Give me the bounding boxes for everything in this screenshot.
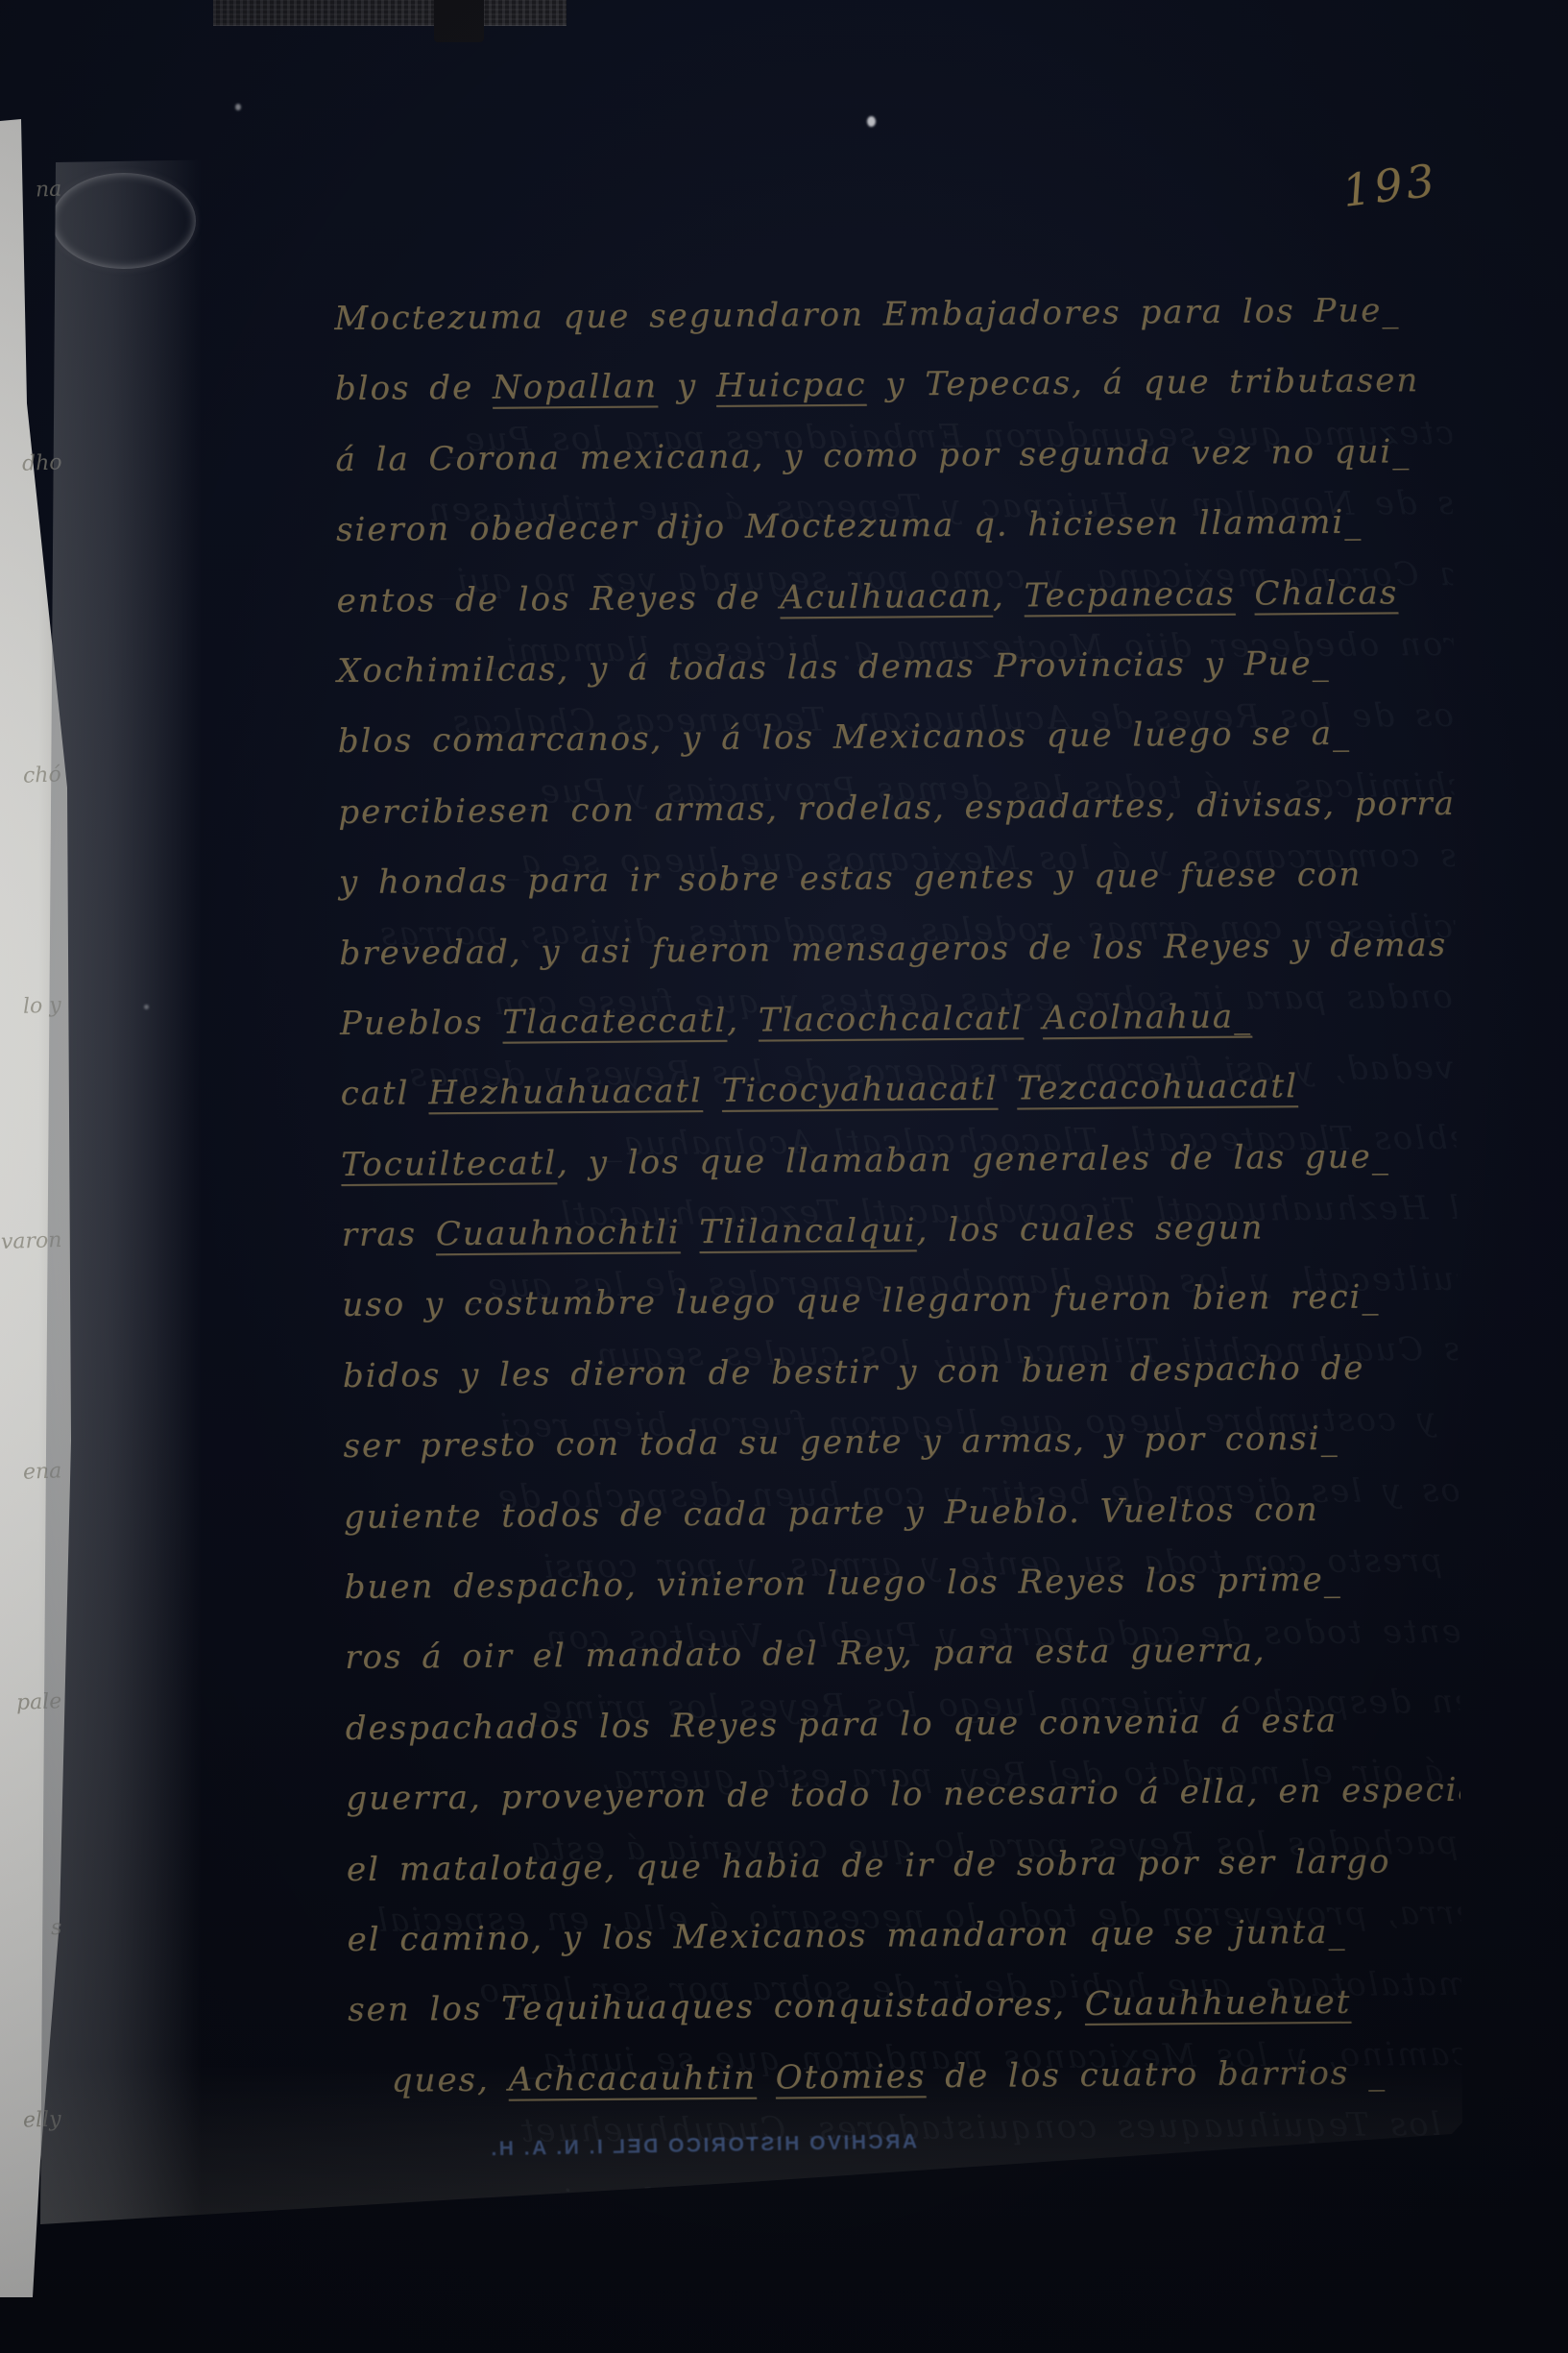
text-segment: Pueblos [340, 1004, 503, 1043]
text-line: percibiesen con armas, rodelas, espadart… [338, 768, 1472, 848]
text-segment [1235, 574, 1254, 613]
text-segment [1024, 999, 1043, 1037]
text-segment: rras [342, 1215, 436, 1254]
text-segment: , [727, 1001, 759, 1039]
text-line: blos comarcanos, y á los Mexicanos que l… [337, 698, 1471, 778]
velcro-strip [213, 0, 567, 26]
text-line: rras Cuauhnochtli Tlilancalqui, los cual… [341, 1192, 1475, 1272]
text-segment [998, 1070, 1017, 1108]
text-segment: ser presto con toda su gente y armas, y … [343, 1419, 1339, 1466]
text-segment: bidos y les dieron de bestir y con buen … [343, 1348, 1365, 1395]
text-segment: brevedad, y asi fueron mensageros de los… [339, 925, 1447, 972]
underlined-word: Tlacochcalcatl [759, 999, 1025, 1039]
text-line: el camino, y los Mexicanos mandaron que … [347, 1897, 1481, 1977]
text-segment: , los cuales segun [916, 1209, 1264, 1250]
text-line: el matalotage, que habia de ir de sobra … [347, 1826, 1481, 1905]
text-line: blos de Nopallan y Huicpac y Tepecas, á … [335, 346, 1469, 425]
text-segment [703, 1072, 722, 1110]
text-segment: á la Corona mexicana, y como por segunda… [335, 432, 1411, 479]
underlined-word: Acolnahua_ [1043, 997, 1252, 1037]
text-segment: uso y costumbre luego que llegaron fuero… [342, 1278, 1380, 1324]
underlined-word: Otomies [776, 2057, 927, 2097]
text-segment [680, 1213, 699, 1251]
underlined-word: Tlilancalqui [699, 1211, 917, 1251]
text-segment: Xochimilcas, y á todas las demas Provinc… [337, 644, 1331, 691]
underlined-word: Tocuiltecatl [341, 1144, 557, 1184]
text-segment: , y los que llamaban generales de las gu… [557, 1137, 1390, 1182]
text-segment [757, 2058, 776, 2097]
text-segment: despachados los Reyes para lo que conven… [346, 1702, 1339, 1748]
text-line: ques, Achcacauhtin Otomies de los cuatro… [348, 2037, 1482, 2117]
text-segment: guiente todos de cada parte y Pueblo. Vu… [344, 1491, 1319, 1537]
text-line: Pueblos Tlacateccatl, Tlacochcalcatl Aco… [340, 981, 1474, 1060]
text-segment: guerra, proveyeron de todo lo necesario … [346, 1771, 1492, 1818]
text-segment: sen los Tequihuaques conquistadores, [348, 1985, 1085, 2029]
text-line: sieron obedecer dijo Moctezuma q. hicies… [336, 487, 1470, 567]
text-line: sen los Tequihuaques conquistadores, Cua… [348, 1967, 1482, 2047]
text-segment: blos de [335, 369, 493, 408]
gutter-shadow [38, 144, 202, 2238]
underlined-word: Tlacateccatl [502, 1002, 727, 1042]
text-line: guerra, proveyeron de todo lo necesario … [346, 1756, 1480, 1835]
text-segment: sieron obedecer dijo Moctezuma q. hicies… [336, 503, 1363, 549]
text-line: despachados los Reyes para lo que conven… [346, 1685, 1480, 1764]
text-segment: de los cuatro barrios _ [926, 2053, 1387, 2096]
velcro-tab [434, 0, 484, 42]
text-line: catl Hezhuahuacatl Ticocyahuacatl Tezcac… [340, 1051, 1474, 1130]
text-line: ros á oir el mandato del Rey, para esta … [345, 1614, 1479, 1694]
text-line: buen despacho, vinieron luego los Reyes … [344, 1544, 1478, 1624]
text-line: y hondas para ir sobre estas gentes y qu… [339, 839, 1473, 919]
text-line: entos de los Reyes de Aculhuacan, Tecpan… [336, 557, 1470, 637]
text-segment: , [993, 576, 1025, 615]
embossed-seal [50, 171, 198, 271]
underlined-word: Achcacauhtin [508, 2058, 757, 2098]
text-segment: ques, [392, 2060, 509, 2099]
underlined-word: Hezhuahuacatl [428, 1072, 703, 1112]
dust-speck [867, 116, 876, 127]
text-segment: percibiesen con armas, rodelas, espadart… [338, 784, 1474, 831]
text-segment: el camino, y los Mexicanos mandaron que … [347, 1913, 1346, 1959]
underlined-word: Cuauhnochtli [436, 1213, 681, 1253]
text-segment: buen despacho, vinieron luego los Reyes … [345, 1561, 1342, 1607]
text-segment: entos de los Reyes de [336, 578, 780, 620]
underlined-word: Tecpanecas [1024, 574, 1235, 615]
underlined-word: Aculhuacan [780, 576, 993, 617]
underlined-word: Ticocyahuacatl [722, 1070, 999, 1110]
text-line: Xochimilcas, y á todas las demas Provinc… [337, 628, 1471, 708]
underlined-word: Tezcacohuacatl [1017, 1067, 1298, 1107]
underlined-word: Cuauhhuehuet [1085, 1983, 1352, 2024]
underlined-word: Nopallan [493, 368, 658, 407]
text-line: bidos y les dieron de bestir y con buen … [343, 1333, 1477, 1413]
manuscript-text: Moctezuma que segundaron Embajadores par… [334, 276, 1482, 2117]
text-line: Moctezuma que segundaron Embajadores par… [334, 276, 1468, 355]
underlined-word: Chalcas [1254, 573, 1398, 613]
page-number: 193 [1339, 154, 1441, 217]
text-line: Tocuiltecatl, y los que llamaban general… [341, 1121, 1475, 1201]
text-line: ser presto con toda su gente y armas, y … [343, 1403, 1477, 1483]
text-segment: Moctezuma que segundaron Embajadores par… [334, 291, 1400, 338]
underlined-word: Huicpac [716, 366, 867, 405]
text-segment: blos comarcanos, y á los Mexicanos que l… [338, 715, 1351, 761]
text-line: brevedad, y asi fueron mensageros de los… [339, 910, 1473, 989]
text-segment: y hondas para ir sobre estas gentes y qu… [339, 856, 1363, 902]
text-segment: catl [340, 1075, 428, 1114]
manuscript-page: 193 Moctezuma que segundaron Embajadores… [0, 0, 1568, 2353]
text-segment: ros á oir el mandato del Rey, para esta … [345, 1632, 1266, 1678]
text-line: guiente todos de cada parte y Pueblo. Vu… [344, 1473, 1478, 1553]
text-line: á la Corona mexicana, y como por segunda… [335, 417, 1469, 497]
text-segment: y [658, 367, 716, 405]
dust-speck [235, 104, 241, 110]
text-segment: y Tepecas, á que tributasen [866, 362, 1419, 405]
text-line: uso y costumbre luego que llegaron fuero… [342, 1262, 1476, 1342]
text-segment: el matalotage, que habia de ir de sobra … [347, 1842, 1391, 1889]
